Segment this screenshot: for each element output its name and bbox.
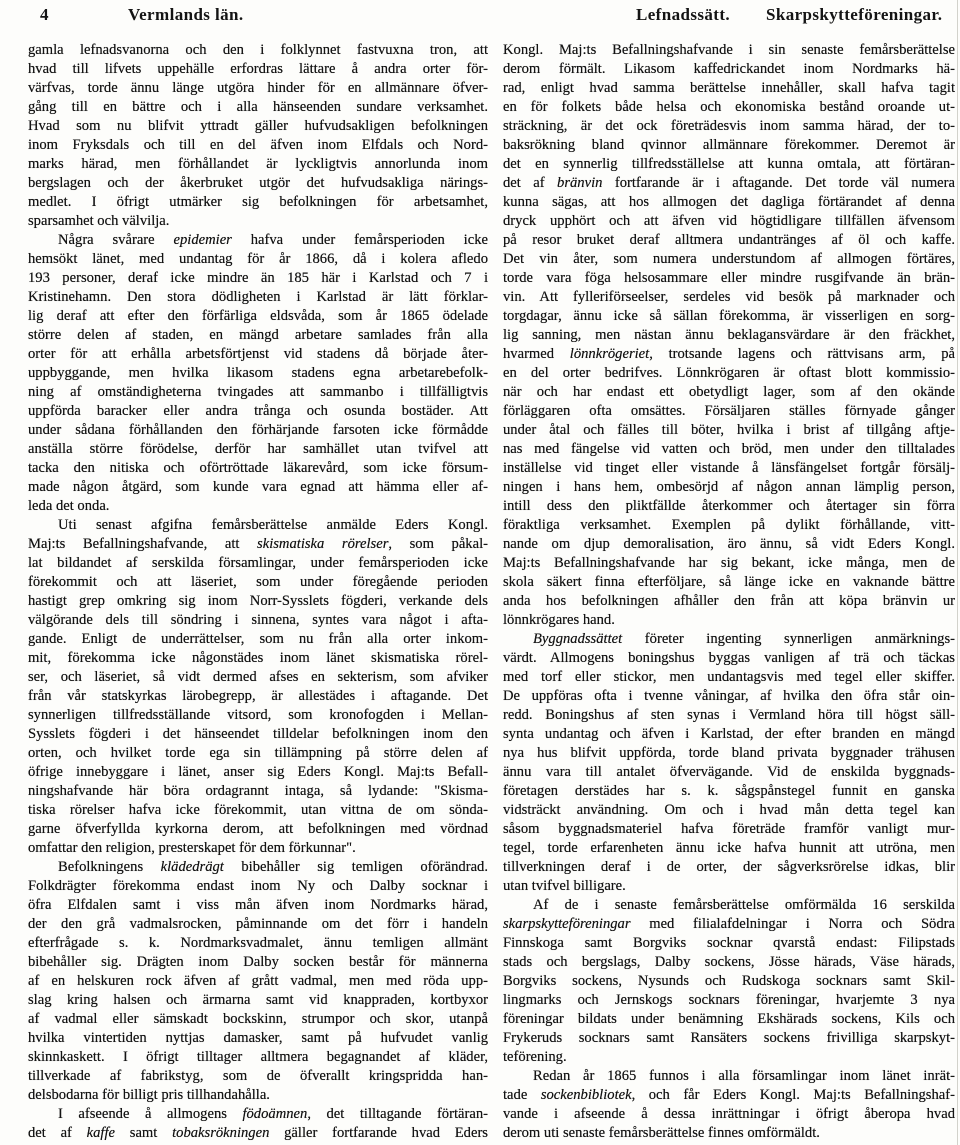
running-title-section-2: Skarpskytteföreningar.	[766, 5, 942, 25]
text-line: hemsökt länet, med undantag för år 1866,…	[28, 250, 488, 269]
text-line: hvad till lifvets uppehälle erfordras lä…	[28, 60, 488, 79]
text-line: efterfrågade s. k. Nordmarksvadmalet, än…	[28, 934, 488, 953]
text-line: sparsamhet och välvilja.	[28, 212, 488, 231]
text-line: rad, enligt hvad samma berättelse innehå…	[503, 79, 955, 98]
text-line: tacka den nitiska och oförtröttade läkar…	[28, 459, 488, 478]
text-line: Det vin åter, som numera understundom af…	[503, 250, 955, 269]
text-line: lingmarks och Jernskogs socknars förenin…	[503, 991, 955, 1010]
text-line: Uti senast afgifna femårsberättelse anmä…	[28, 516, 488, 535]
text-line: Befolkningens klädedrägt bibehåller sig …	[28, 858, 488, 877]
text-line: stads och bergslags, Dalby sockens, Jöss…	[503, 953, 955, 972]
text-line: öfrige innebyggare i länet, anser sig Ed…	[28, 763, 488, 782]
text-line: I afseende å allmogens födoämnen, det ti…	[28, 1105, 488, 1124]
text-line: ningshafvande här böra ordagrannt intaga…	[28, 782, 488, 801]
text-line: synnerligen tillfredsställande vitsord, …	[28, 706, 488, 725]
text-line: garne öfverfyllda kyrkorna derom, att be…	[28, 820, 488, 839]
page-number: 4	[40, 5, 49, 25]
text-line: lat bildandet af serskilda församlingar,…	[28, 554, 488, 573]
text-line: made någon åtgärd, som kunde vara egnad …	[28, 478, 488, 497]
text-line: nande om djup demoralisation, äro ännu, …	[503, 535, 955, 554]
text-line: såsom byggnadsmateriel hafva företräde f…	[503, 820, 955, 839]
text-line: gång till en bättre och i alla hänseende…	[28, 98, 488, 117]
text-line: kunna sägas, att hos allmogen det daglig…	[503, 193, 955, 212]
text-line: tillverkade af fabrikstyg, som de öfvera…	[28, 1067, 488, 1086]
text-line: Kristinehamn. Den stora dödligheten i Ka…	[28, 288, 488, 307]
text-line: Folkdrägter förekomma endast inom Ny och…	[28, 877, 488, 896]
text-line: en del orter bedrifves. Lönnkrögaren är …	[503, 364, 955, 383]
text-line: derom förmält. Likasom kaffedrickandet i…	[503, 60, 955, 79]
text-line: Byggnadssättet företer ingenting synnerl…	[503, 630, 955, 649]
text-line: det en synnerlig tillfredsställelse att …	[503, 155, 955, 174]
text-line: utan tvifvel billigare.	[503, 877, 955, 896]
text-line: med torf eller stickor, men undantagsvis…	[503, 668, 955, 687]
text-line: skarpskytteföreningar med filialafdelnin…	[503, 915, 955, 934]
text-line: under åtal och fälles till böter, hvilka…	[503, 421, 955, 440]
text-line: af en helskuren rock äfven af grått vadm…	[28, 972, 488, 991]
text-line: redd. Boningshus af sten synas i Vermlan…	[503, 706, 955, 725]
text-line: derom uti senaste femårsberättelse finne…	[503, 1124, 955, 1143]
text-line: det af bränvin fortfarande är i aftagand…	[503, 174, 955, 193]
text-line: slag kring halsen och ärmarna samt vid k…	[28, 991, 488, 1010]
text-line: der den grå vadmalsrocken, påminnande om…	[28, 915, 488, 934]
text-line: synta undantag och äfven i Karlstad, der…	[503, 725, 955, 744]
text-line: Frykeruds socknars samt Ransäters socken…	[503, 1029, 955, 1048]
text-line: lönnkrögares hand.	[503, 611, 955, 630]
text-line: torgdagar, ännu icke så sällan förekomma…	[503, 307, 955, 326]
text-line: De uppföras ofta i tvenne våningar, af h…	[503, 687, 955, 706]
text-line: nas med fängelse vid vatten och bröd, me…	[503, 440, 955, 459]
text-line: Sysslets fögderi i det hänseendet tillde…	[28, 725, 488, 744]
text-line: bibehåller sig. Drägten inom Dalby socke…	[28, 953, 488, 972]
text-line: tiska rörelser hafva icke förekommit, ut…	[28, 801, 488, 820]
running-title-section-1: Lefnadssätt.	[636, 5, 730, 25]
text-line: sträckning, är det ock företrädesvis ino…	[503, 117, 955, 136]
text-line: hvarmed lönnkrögeriet, trotsande lagens …	[503, 345, 955, 364]
text-line: torde vara föga helsosammare eller mindr…	[503, 269, 955, 288]
text-line: dryck upphört och att äfven vid högtidli…	[503, 212, 955, 231]
right-column: Kongl. Maj:ts Befallningshafvande i sin …	[503, 41, 955, 1143]
text-line: gamla lefnadsvanorna och den i folklynne…	[28, 41, 488, 60]
page-edge-line	[957, 0, 958, 1145]
page-header: 4 Vermlands län. Lefnadssätt. Skarpskytt…	[0, 5, 960, 23]
text-line: anda hos befolkningen afhåller den från …	[503, 592, 955, 611]
document-page: 4 Vermlands län. Lefnadssätt. Skarpskytt…	[0, 0, 960, 1145]
text-line: delsbodarna för billigt pris tillhandahå…	[28, 1086, 488, 1105]
text-line: öfra Elfdalen samt i viss mån äfven inom…	[28, 896, 488, 915]
text-line: värfvas, torde ännu länge utgöra hinder …	[28, 79, 488, 98]
text-line: föreningar bildats under benämning Ekshä…	[503, 1010, 955, 1029]
text-line: uppförda baracker eller andra trånga och…	[28, 402, 488, 421]
text-line: Borgviks sockens, Nysunds och Rudskoga s…	[503, 972, 955, 991]
text-line: intill dess den pliktfällde återkommer o…	[503, 497, 955, 516]
text-line: gande. Enligt de underrättelser, som nu …	[28, 630, 488, 649]
text-line: föraktliga verksamhet. Exemplen på dylik…	[503, 516, 955, 535]
text-line: teförening.	[503, 1048, 955, 1067]
text-line: Hvad som nu blifvit yttradt gäller hufvu…	[28, 117, 488, 136]
text-line: orten, och hvilket torde ega sin tillämp…	[28, 744, 488, 763]
text-line: marks härad, men förhållandet är lycklig…	[28, 155, 488, 174]
text-line: Finnskoga samt Borgviks socknar qvarstå …	[503, 934, 955, 953]
text-line: Kongl. Maj:ts Befallningshafvande i sin …	[503, 41, 955, 60]
text-line: nya hus blifvit uppförda, torde bland pr…	[503, 744, 955, 763]
text-line: under sådana förhållanden den förhärjand…	[28, 421, 488, 440]
text-line: större delen af staden, en mängd arbetar…	[28, 326, 488, 345]
text-line: ännu vara till antalet öfvervägande. Vid…	[503, 763, 955, 782]
text-line: på resor bruket deraf alltmera undanträn…	[503, 231, 955, 250]
text-line: Maj:ts Befallningshafvande har sig bekan…	[503, 554, 955, 573]
text-line: tillverkningen deraf i de orter, der såg…	[503, 858, 955, 877]
text-line: från vår statskyrkas lärobegrepp, är all…	[28, 687, 488, 706]
text-line: ser, och läseriet, så vidt dermed afses …	[28, 668, 488, 687]
text-line: baksrökning bland qvinnor allmännare för…	[503, 136, 955, 155]
text-line: vidsträckt användning. Om och i hvad mån…	[503, 801, 955, 820]
text-line: förläggaren ofta omsättes. Försäljaren s…	[503, 402, 955, 421]
text-line: 193 personer, deraf icke mindre än 185 h…	[28, 269, 488, 288]
text-line: hastigt grep omkring sig inom Norr-Syssl…	[28, 592, 488, 611]
text-line: tade sockenbibliotek, och får Eders Kong…	[503, 1086, 955, 1105]
text-line: uppbyggande, men hvilka likasom stadens …	[28, 364, 488, 383]
text-line: ningen i hans hem, ombesörjd af någon an…	[503, 478, 955, 497]
text-line: värdt. Allmogens boningshus byggas vanli…	[503, 649, 955, 668]
text-line: skinnkaskett. I öfrigt tilltager alltmer…	[28, 1048, 488, 1067]
text-line: af vadmal eller sämskadt bockskinn, stru…	[28, 1010, 488, 1029]
text-line: skola säkert finna efterföljare, så läng…	[503, 573, 955, 592]
text-line: Maj:ts Befallningshafvande, att skismati…	[28, 535, 488, 554]
text-line: bergslagen och der åkerbruket utgör det …	[28, 174, 488, 193]
text-line: välgörande dels till söndring i sinnena,…	[28, 611, 488, 630]
text-line: förekommit och att läseriet, som under f…	[28, 573, 488, 592]
left-column: gamla lefnadsvanorna och den i folklynne…	[28, 41, 488, 1143]
text-line: Några svårare epidemier hafva under femå…	[28, 231, 488, 250]
text-line: leda det onda.	[28, 497, 488, 516]
text-line: mit, förekomma icke någonstädes inom län…	[28, 649, 488, 668]
text-line: vin. Att fylleriförseelser, serdeles vid…	[503, 288, 955, 307]
text-line: lig sanning, men nästan ännu beklagansvä…	[503, 326, 955, 345]
text-line: ning af omständigheterna tvingades att s…	[28, 383, 488, 402]
text-line: hvilka vintertiden nyttjas damasker, sam…	[28, 1029, 488, 1048]
text-line: lig deraf att efter den förfärliga eldsv…	[28, 307, 488, 326]
text-line: en för folkets både helsa och ekonomiska…	[503, 98, 955, 117]
text-line: tegel, torde erfarenheten ännu icke hafv…	[503, 839, 955, 858]
text-line: Af de i senaste femårsberättelse omförmä…	[503, 896, 955, 915]
running-title-county: Vermlands län.	[128, 5, 244, 25]
text-line: det af kaffe samt tobaksrökningen gäller…	[28, 1124, 488, 1143]
text-line: vande i afseende å dessa inrättningar i …	[503, 1105, 955, 1124]
text-line: medlet. I öfrigt utmärker sig befolkning…	[28, 193, 488, 212]
text-line: Redan år 1865 funnos i alla församlingar…	[503, 1067, 955, 1086]
text-line: företagen derstädes har s. k. sågspånste…	[503, 782, 955, 801]
text-line: orter för att erhålla arbetsförtjenst vi…	[28, 345, 488, 364]
text-line: anställa större förödelse, derför har sa…	[28, 440, 488, 459]
text-line: omfattar den religion, presterskapet för…	[28, 839, 488, 858]
text-line: inom Fryksdals och till en del äfven ino…	[28, 136, 488, 155]
text-line: inställelse vid tinget eller vistande å …	[503, 459, 955, 478]
text-line: när och har endast ett obetydligt lager,…	[503, 383, 955, 402]
text-columns: gamla lefnadsvanorna och den i folklynne…	[28, 41, 960, 1145]
